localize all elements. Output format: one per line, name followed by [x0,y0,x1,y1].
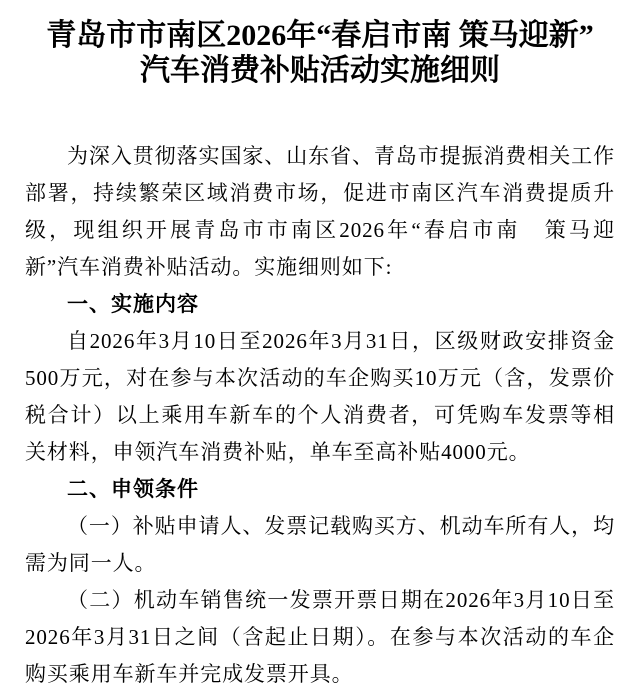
document-page: 青岛市市南区2026年“春启市南 策马迎新” 汽车消费补贴活动实施细则 为深入贯… [0,0,640,698]
section-2-item-2: （二）机动车销售统一发票开票日期在2026年3月10日至2026年3月31日之间… [25,582,615,693]
document-title-line-1: 青岛市市南区2026年“春启市南 策马迎新” [25,18,615,53]
section-2-heading: 二、申领条件 [25,471,615,508]
section-1-paragraph: 自2026年3月10日至2026年3月31日，区级财政安排资金500万元，对在参… [25,323,615,471]
section-2-item-1: （一）补贴申请人、发票记载购买方、机动车所有人，均需为同一人。 [25,508,615,582]
intro-paragraph: 为深入贯彻落实国家、山东省、青岛市提振消费相关工作部署，持续繁荣区域消费市场，促… [25,138,615,286]
document-title: 青岛市市南区2026年“春启市南 策马迎新” 汽车消费补贴活动实施细则 [25,18,615,88]
section-1-heading: 一、实施内容 [25,286,615,323]
document-body: 为深入贯彻落实国家、山东省、青岛市提振消费相关工作部署，持续繁荣区域消费市场，促… [25,138,615,693]
document-title-line-2: 汽车消费补贴活动实施细则 [25,53,615,88]
